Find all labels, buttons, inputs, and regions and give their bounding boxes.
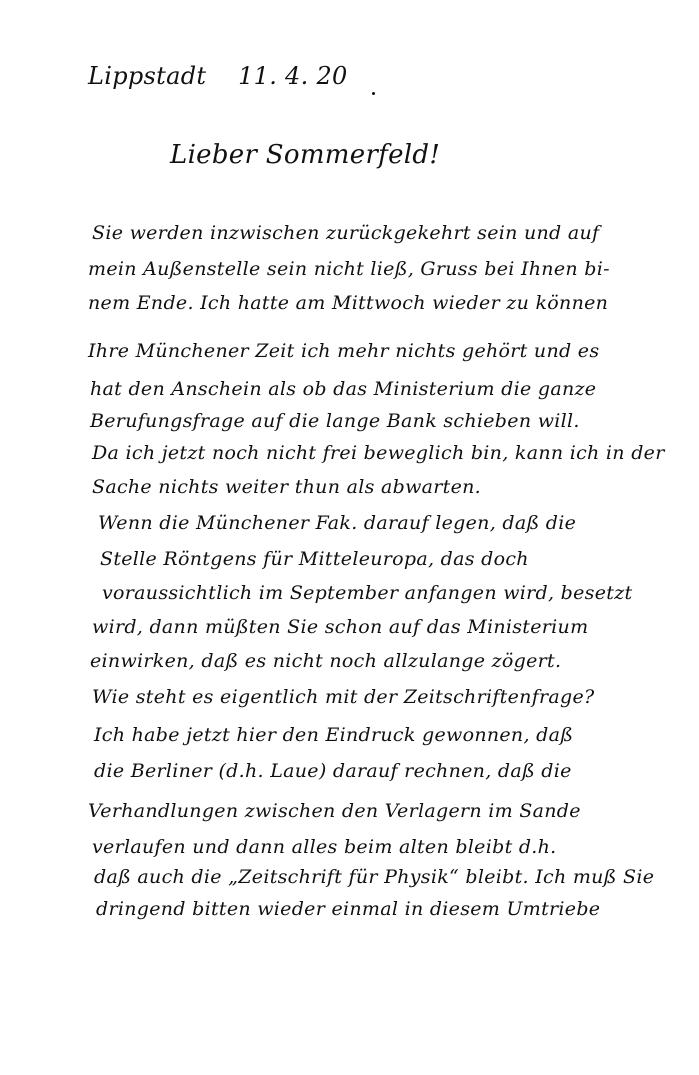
letter-line: Stelle Röntgens für Mitteleuropa, das do… xyxy=(100,548,529,570)
letter-line: mein Außenstelle sein nicht ließ, Gruss … xyxy=(88,258,610,280)
letter-line: verlaufen und dann alles beim alten blei… xyxy=(92,836,557,858)
letter-line: Wie steht es eigentlich mit der Zeitschr… xyxy=(92,686,595,708)
letter-date: 11. 4. 20 xyxy=(238,62,348,90)
letter-line: wird, dann müßten Sie schon auf das Mini… xyxy=(92,616,588,638)
letter-line: Verhandlungen zwischen den Verlagern im … xyxy=(88,800,581,822)
letter-line: Sache nichts weiter thun als abwarten. xyxy=(92,476,481,498)
letter-line: Ihre Münchener Zeit ich mehr nichts gehö… xyxy=(88,340,599,362)
letter-line: Berufungsfrage auf die lange Bank schieb… xyxy=(90,410,580,432)
ink-dot xyxy=(372,92,375,95)
letter-line: hat den Anschein als ob das Ministerium … xyxy=(90,378,596,400)
letter-line: Sie werden inzwischen zurückgekehrt sein… xyxy=(92,222,599,244)
letter-place: Lippstadt xyxy=(88,62,206,90)
letter-line: dringend bitten wieder einmal in diesem … xyxy=(96,898,600,920)
letter-line: Da ich jetzt noch nicht frei beweglich b… xyxy=(92,442,665,464)
letter-line: nem Ende. Ich hatte am Mittwoch wieder z… xyxy=(88,292,608,314)
letter-line: einwirken, daß es nicht noch allzulange … xyxy=(90,650,561,672)
letter-line: Wenn die Münchener Fak. darauf legen, da… xyxy=(98,512,576,534)
letter-line: Ich habe jetzt hier den Eindruck gewonne… xyxy=(94,724,573,746)
letter-line: voraussichtlich im September anfangen wi… xyxy=(102,582,632,604)
letter-line: die Berliner (d.h. Laue) darauf rechnen,… xyxy=(94,760,572,782)
letter-dateline: Lippstadt 11. 4. 20 xyxy=(88,62,348,90)
letter-greeting: Lieber Sommerfeld! xyxy=(170,140,440,170)
letter-page: Lippstadt 11. 4. 20 Lieber Sommerfeld! S… xyxy=(0,0,699,1075)
letter-line: daß auch die „Zeitschrift für Physik“ bl… xyxy=(94,866,654,888)
